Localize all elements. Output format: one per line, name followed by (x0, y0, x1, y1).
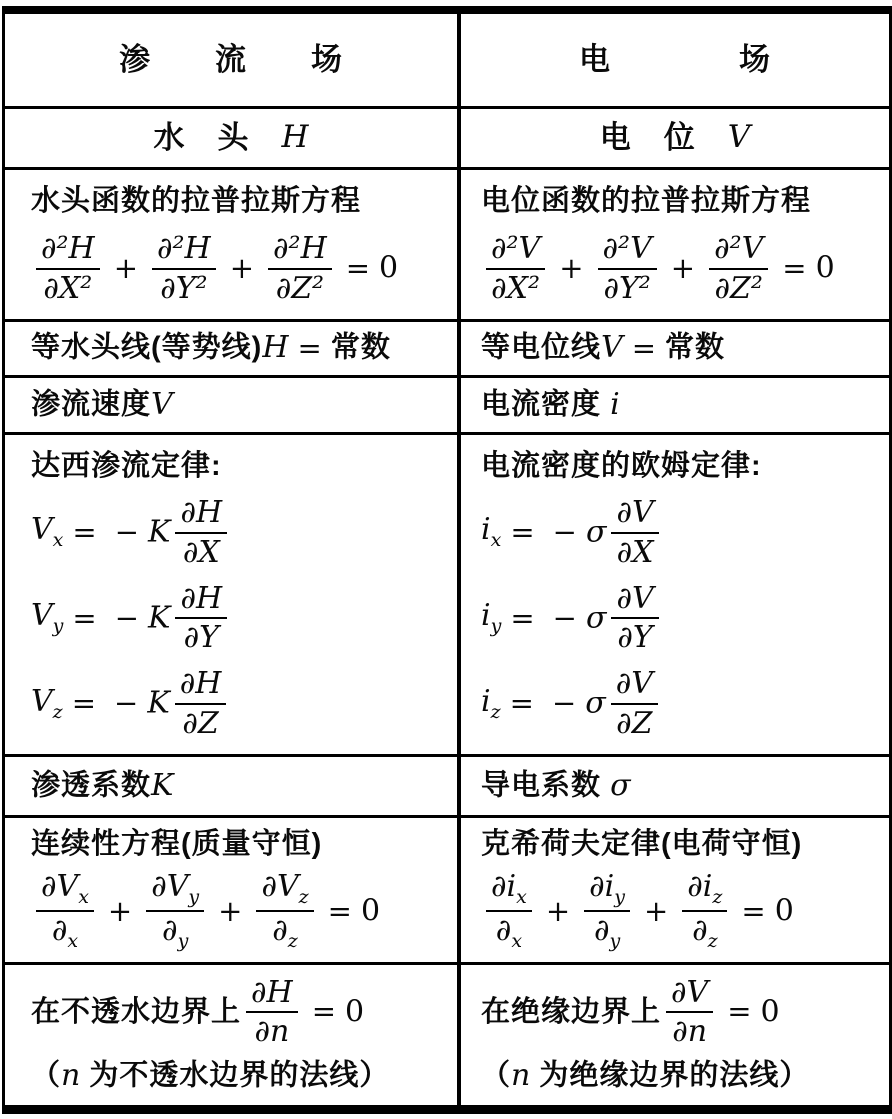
math-variable: n (511, 1058, 530, 1093)
fraction-denominator: ∂x (52, 912, 78, 952)
math-fraction: ∂H∂X (175, 497, 227, 568)
table-cell-electric-field: 等电位线V=常数 (461, 322, 889, 375)
math-variable: ∂H (180, 581, 222, 616)
math-subscript: z (288, 930, 298, 952)
math-variable: ∂²H (157, 231, 211, 266)
cjk-text: 在绝缘边界上 (481, 995, 661, 1027)
table-cell-seepage-field: 水头函数的拉普拉斯方程∂²H∂X²+∂²H∂Y²+∂²H∂Z²=0 (5, 170, 461, 319)
math-operator: + (671, 251, 695, 285)
math-fraction: ∂ix∂x (486, 871, 532, 953)
math-fraction: ∂V∂Y (611, 583, 658, 654)
math-variable: H (281, 119, 308, 155)
math-variable: ∂X (617, 535, 654, 570)
fraction-numerator: ∂Vy (146, 871, 204, 913)
math-variable: V (601, 330, 623, 365)
math-variable: ∂X² (43, 271, 92, 306)
text-line: 渗流速度V (31, 388, 457, 423)
fraction-denominator: ∂X (617, 534, 654, 569)
math-operator: = (346, 251, 370, 285)
cjk-text: 为绝缘边界的法线） (530, 1060, 809, 1092)
text-line: 渗 流 场 (5, 42, 457, 78)
fraction-numerator: ∂Vz (256, 871, 313, 913)
fraction-denominator: ∂Z (182, 705, 218, 740)
text-line: 电位函数的拉普拉斯方程 (481, 185, 889, 218)
fraction-denominator: ∂X (183, 534, 220, 569)
fraction-denominator: ∂Z² (276, 270, 324, 305)
math-variable: V (728, 119, 750, 155)
table-cell-seepage-field: 达西渗流定律:Vx=−K∂H∂XVy=−K∂H∂YVz=−K∂H∂Z (5, 435, 461, 754)
cjk-text: 导电系数 (481, 769, 610, 801)
fraction-denominator: ∂X² (491, 270, 540, 305)
math-variable: ∂iy (589, 869, 625, 904)
math-operator: + (218, 894, 242, 928)
math-variable: ∂Y² (603, 271, 650, 306)
text-line: 水 头 H (5, 120, 457, 156)
math-subscript: z (491, 701, 501, 723)
fraction-numerator: ∂V (611, 583, 658, 620)
math-subscript: x (78, 886, 89, 908)
math-fraction: ∂²H∂X² (36, 233, 100, 304)
math-variable: ∂V (616, 495, 653, 530)
fraction-numerator: ∂ix (486, 871, 532, 913)
math-variable: ∂Z² (276, 271, 324, 306)
math-subscript: x (67, 930, 78, 952)
formula-line: ix=−σ∂V∂X (481, 497, 889, 568)
table-row: 在不透水边界上∂H∂n=0（n 为不透水边界的法线）在绝缘边界上∂V∂n=0（n… (5, 965, 889, 1105)
math-operator: = (72, 686, 96, 720)
math-variable: ∂H (180, 666, 222, 701)
fraction-numerator: ∂H (175, 497, 227, 534)
cjk-text: 电 场 (579, 42, 771, 77)
math-fraction: ∂V∂Z (611, 668, 658, 739)
math-operator: = (72, 601, 96, 635)
text-line: 电流密度的欧姆定律: (481, 450, 889, 483)
text-line: 电 场 (461, 42, 889, 78)
math-number: 0 (379, 250, 398, 285)
fraction-numerator: ∂²V (709, 233, 768, 270)
cjk-text: 水头函数的拉普拉斯方程 (31, 185, 361, 217)
fraction-denominator: ∂x (496, 912, 522, 952)
math-subscript: z (712, 886, 722, 908)
text-line: 等水头线(等势线)H=常数 (31, 331, 457, 366)
math-operator: = (727, 994, 751, 1028)
fraction-numerator: ∂H (175, 583, 227, 620)
cjk-text: 克希荷夫定律(电荷守恒) (481, 828, 802, 860)
math-variable: ∂H (180, 495, 222, 530)
fraction-numerator: ∂²H (268, 233, 332, 270)
math-variable: σ (586, 600, 606, 635)
math-variable: ∂x (496, 913, 522, 948)
math-subscript: x (511, 930, 522, 952)
table-row: 连续性方程(质量守恒)∂Vx∂x+∂Vy∂y+∂Vz∂z=0克希荷夫定律(电荷守… (5, 818, 889, 965)
cjk-text: 在不透水边界上 (31, 995, 241, 1027)
math-operator: = (741, 894, 765, 928)
table-cell-seepage-field: 水 头 H (5, 109, 461, 167)
math-operator: − (114, 686, 138, 720)
table-cell-seepage-field: 渗 流 场 (5, 14, 461, 106)
table-cell-seepage-field: 在不透水边界上∂H∂n=0（n 为不透水边界的法线） (5, 965, 461, 1105)
math-variable: ∂Y (184, 620, 219, 655)
math-variable: Vz (31, 684, 63, 719)
math-variable: Vx (31, 512, 63, 547)
table-row: 渗透系数K导电系数 σ (5, 757, 889, 818)
text-line: 电 位 V (461, 120, 889, 156)
fraction-numerator: ∂²V (486, 233, 545, 270)
formula-line: iz=−σ∂V∂Z (481, 668, 889, 739)
math-variable: iy (481, 598, 501, 633)
math-operator: − (115, 601, 139, 635)
math-operator: = (782, 251, 806, 285)
math-variable: ∂Y (617, 620, 652, 655)
formula-line: ∂Vx∂x+∂Vy∂y+∂Vz∂z=0 (31, 871, 457, 953)
table-cell-seepage-field: 等水头线(等势线)H=常数 (5, 322, 461, 375)
math-number: 0 (761, 994, 780, 1029)
math-subscript: z (53, 701, 63, 723)
math-fraction: ∂²H∂Y² (152, 233, 216, 304)
cjk-text: （ (31, 1060, 61, 1092)
math-variable: ∂iz (687, 869, 722, 904)
math-operator: = (312, 994, 336, 1028)
table-cell-seepage-field: 连续性方程(质量守恒)∂Vx∂x+∂Vy∂y+∂Vz∂z=0 (5, 818, 461, 962)
table-cell-electric-field: 电流密度的欧姆定律:ix=−σ∂V∂Xiy=−σ∂V∂Yiz=−σ∂V∂Z (461, 435, 889, 754)
text-line: 克希荷夫定律(电荷守恒) (481, 828, 889, 861)
fraction-numerator: ∂V (611, 497, 658, 534)
math-number: 0 (361, 893, 380, 928)
math-operator: + (108, 894, 132, 928)
math-variable: ∂V (616, 581, 653, 616)
math-variable: K (151, 768, 173, 803)
math-variable: iz (481, 684, 501, 719)
math-subscript: z (299, 886, 309, 908)
math-variable: Vy (31, 598, 63, 633)
math-variable: i (610, 387, 620, 422)
table-cell-electric-field: 电位函数的拉普拉斯方程∂²V∂X²+∂²V∂Y²+∂²V∂Z²=0 (461, 170, 889, 319)
cjk-text: 等电位线 (481, 332, 601, 364)
math-variable: ∂H (251, 975, 293, 1010)
table-cell-electric-field: 在绝缘边界上∂V∂n=0（n 为绝缘边界的法线） (461, 965, 889, 1105)
math-variable: ∂ix (491, 869, 527, 904)
math-fraction: ∂V∂X (611, 497, 658, 568)
math-variable: K (148, 515, 170, 550)
math-fraction: ∂Vy∂y (146, 871, 204, 953)
math-subscript: y (53, 615, 64, 637)
math-variable: K (147, 686, 169, 721)
math-operator: + (114, 251, 138, 285)
math-variable: K (148, 600, 170, 635)
math-variable: ∂n (672, 1014, 707, 1049)
math-variable: ∂Vy (151, 869, 199, 904)
math-operator: = (72, 515, 96, 549)
math-variable: σ (610, 768, 630, 803)
table-row: 渗流速度V电流密度 i (5, 378, 889, 435)
math-operator: + (559, 251, 583, 285)
math-operator: − (553, 515, 577, 549)
table-cell-electric-field: 克希荷夫定律(电荷守恒)∂ix∂x+∂iy∂y+∂iz∂z=0 (461, 818, 889, 962)
math-subscript: y (188, 886, 199, 908)
math-variable: ∂X (183, 535, 220, 570)
math-variable: ∂Z (182, 706, 218, 741)
math-variable: ∂Z² (714, 271, 762, 306)
math-variable: ∂X² (491, 271, 540, 306)
math-fraction: ∂²H∂Z² (268, 233, 332, 304)
math-number: 0 (345, 994, 364, 1029)
math-variable: ∂²V (491, 231, 540, 266)
table-cell-electric-field: 电 位 V (461, 109, 889, 167)
math-operator: = (510, 601, 534, 635)
math-variable: ix (481, 512, 501, 547)
table-row: 渗 流 场电 场 (5, 14, 889, 109)
formula-line: iy=−σ∂V∂Y (481, 583, 889, 654)
table-row: 水头函数的拉普拉斯方程∂²H∂X²+∂²H∂Y²+∂²H∂Z²=0电位函数的拉普… (5, 170, 889, 322)
math-operator: = (632, 331, 656, 365)
math-operator: = (328, 894, 352, 928)
math-subscript: x (491, 529, 502, 551)
table-row: 等水头线(等势线)H=常数等电位线V=常数 (5, 322, 889, 378)
math-variable: σ (586, 515, 606, 550)
math-variable: σ (585, 686, 605, 721)
cjk-text: 电流密度 (481, 388, 610, 420)
table-row: 水 头 H电 位 V (5, 109, 889, 170)
cjk-text: 电位函数的拉普拉斯方程 (481, 185, 811, 217)
formula-line: 在绝缘边界上∂V∂n=0 (481, 977, 889, 1048)
cjk-text: 电 位 (600, 120, 728, 155)
fraction-denominator: ∂n (672, 1013, 707, 1048)
math-subscript: y (491, 615, 502, 637)
fraction-denominator: ∂Y (184, 619, 219, 654)
text-line: 等电位线V=常数 (481, 331, 889, 366)
formula-line: ∂²H∂X²+∂²H∂Y²+∂²H∂Z²=0 (31, 233, 457, 304)
text-line: 连续性方程(质量守恒) (31, 828, 457, 861)
fraction-denominator: ∂z (692, 912, 718, 952)
math-subscript: z (708, 930, 718, 952)
fraction-numerator: ∂V (611, 668, 658, 705)
math-fraction: ∂²V∂Z² (709, 233, 768, 304)
fraction-numerator: ∂²H (152, 233, 216, 270)
math-operator: − (552, 686, 576, 720)
math-variable: ∂Vz (261, 869, 308, 904)
math-operator: = (510, 515, 534, 549)
math-fraction: ∂H∂Y (175, 583, 227, 654)
fraction-numerator: ∂²H (36, 233, 100, 270)
cjk-text: 常数 (331, 332, 391, 364)
fraction-numerator: ∂Vx (36, 871, 94, 913)
cjk-text: 等水头线(等势线) (31, 332, 262, 364)
formula-line: Vx=−K∂H∂X (31, 497, 457, 568)
math-operator: + (546, 894, 570, 928)
math-fraction: ∂H∂n (246, 977, 298, 1048)
math-variable: V (151, 387, 173, 422)
math-fraction: ∂Vz∂z (256, 871, 313, 953)
table-cell-electric-field: 导电系数 σ (461, 757, 889, 815)
math-variable: H (262, 330, 288, 365)
math-subscript: y (178, 930, 189, 952)
text-line: （n 为绝缘边界的法线） (481, 1059, 889, 1094)
fraction-numerator: ∂H (246, 977, 298, 1014)
math-operator: + (230, 251, 254, 285)
math-fraction: ∂²V∂Y² (598, 233, 657, 304)
formula-line: ∂ix∂x+∂iy∂y+∂iz∂z=0 (481, 871, 889, 953)
math-subscript: x (53, 529, 64, 551)
math-subscript: y (614, 886, 625, 908)
fraction-denominator: ∂Y² (160, 270, 207, 305)
math-subscript: y (609, 930, 620, 952)
math-operator: − (115, 515, 139, 549)
text-line: （n 为不透水边界的法线） (31, 1059, 457, 1094)
math-fraction: ∂²V∂X² (486, 233, 545, 304)
math-fraction: ∂V∂n (666, 977, 713, 1048)
text-line: 渗透系数K (31, 769, 457, 804)
math-variable: ∂z (272, 913, 298, 948)
math-variable: ∂²V (714, 231, 763, 266)
math-variable: ∂y (162, 913, 188, 948)
fraction-denominator: ∂Y² (603, 270, 650, 305)
math-subscript: x (516, 886, 527, 908)
fraction-numerator: ∂iz (682, 871, 727, 913)
fraction-denominator: ∂z (272, 912, 298, 952)
cjk-text: 渗流速度 (31, 388, 151, 420)
fraction-denominator: ∂y (162, 912, 188, 952)
math-variable: ∂Y² (160, 271, 207, 306)
fraction-denominator: ∂Z² (714, 270, 762, 305)
fraction-denominator: ∂X² (43, 270, 92, 305)
formula-line: Vz=−K∂H∂Z (31, 668, 457, 739)
formula-line: ∂²V∂X²+∂²V∂Y²+∂²V∂Z²=0 (481, 233, 889, 304)
math-variable: n (61, 1058, 80, 1093)
math-variable: ∂z (692, 913, 718, 948)
formula-line: Vy=−K∂H∂Y (31, 583, 457, 654)
cjk-text: 渗透系数 (31, 769, 151, 801)
text-line: 电流密度 i (481, 388, 889, 423)
table-cell-seepage-field: 渗流速度V (5, 378, 461, 432)
math-operator: = (298, 331, 322, 365)
table-cell-electric-field: 电流密度 i (461, 378, 889, 432)
math-operator: + (644, 894, 668, 928)
cjk-text: 为不透水边界的法线） (80, 1060, 389, 1092)
math-fraction: ∂iz∂z (682, 871, 727, 953)
fraction-denominator: ∂y (594, 912, 620, 952)
cjk-text: 连续性方程(质量守恒) (31, 828, 322, 860)
math-fraction: ∂Vx∂x (36, 871, 94, 953)
table-cell-seepage-field: 渗透系数K (5, 757, 461, 815)
text-line: 达西渗流定律: (31, 450, 457, 483)
math-variable: ∂²V (603, 231, 652, 266)
math-operator: = (510, 686, 534, 720)
cjk-text: 渗 流 场 (119, 42, 343, 77)
math-variable: ∂n (254, 1014, 289, 1049)
math-variable: ∂x (52, 913, 78, 948)
math-variable: ∂Vx (41, 869, 89, 904)
math-variable: ∂y (594, 913, 620, 948)
math-fraction: ∂H∂Z (175, 668, 227, 739)
cjk-text: 达西渗流定律: (31, 450, 222, 482)
cjk-text: 水 头 (153, 120, 281, 155)
formula-line: 在不透水边界上∂H∂n=0 (31, 977, 457, 1048)
fraction-numerator: ∂V (666, 977, 713, 1014)
math-operator: − (553, 601, 577, 635)
text-line: 导电系数 σ (481, 769, 889, 804)
table-cell-electric-field: 电 场 (461, 14, 889, 106)
math-variable: ∂V (671, 975, 708, 1010)
math-number: 0 (775, 893, 794, 928)
fraction-numerator: ∂iy (584, 871, 630, 913)
fraction-denominator: ∂Y (617, 619, 652, 654)
cjk-text: 常数 (665, 332, 725, 364)
fraction-denominator: ∂n (254, 1013, 289, 1048)
text-line: 水头函数的拉普拉斯方程 (31, 185, 457, 218)
math-variable: ∂²H (41, 231, 95, 266)
math-fraction: ∂iy∂y (584, 871, 630, 953)
math-variable: ∂Z (616, 706, 652, 741)
math-variable: ∂V (616, 666, 653, 701)
fraction-numerator: ∂H (175, 668, 227, 705)
math-number: 0 (816, 250, 835, 285)
table-row: 达西渗流定律:Vx=−K∂H∂XVy=−K∂H∂YVz=−K∂H∂Z电流密度的欧… (5, 435, 889, 757)
analogy-table: 渗 流 场电 场水 头 H电 位 V水头函数的拉普拉斯方程∂²H∂X²+∂²H∂… (2, 6, 892, 1114)
fraction-numerator: ∂²V (598, 233, 657, 270)
math-variable: ∂²H (273, 231, 327, 266)
fraction-denominator: ∂Z (616, 705, 652, 740)
cjk-text: 电流密度的欧姆定律: (481, 450, 762, 482)
cjk-text: （ (481, 1060, 511, 1092)
scanned-page: { "page": { "background": "#ffffff", "in… (0, 0, 892, 1119)
